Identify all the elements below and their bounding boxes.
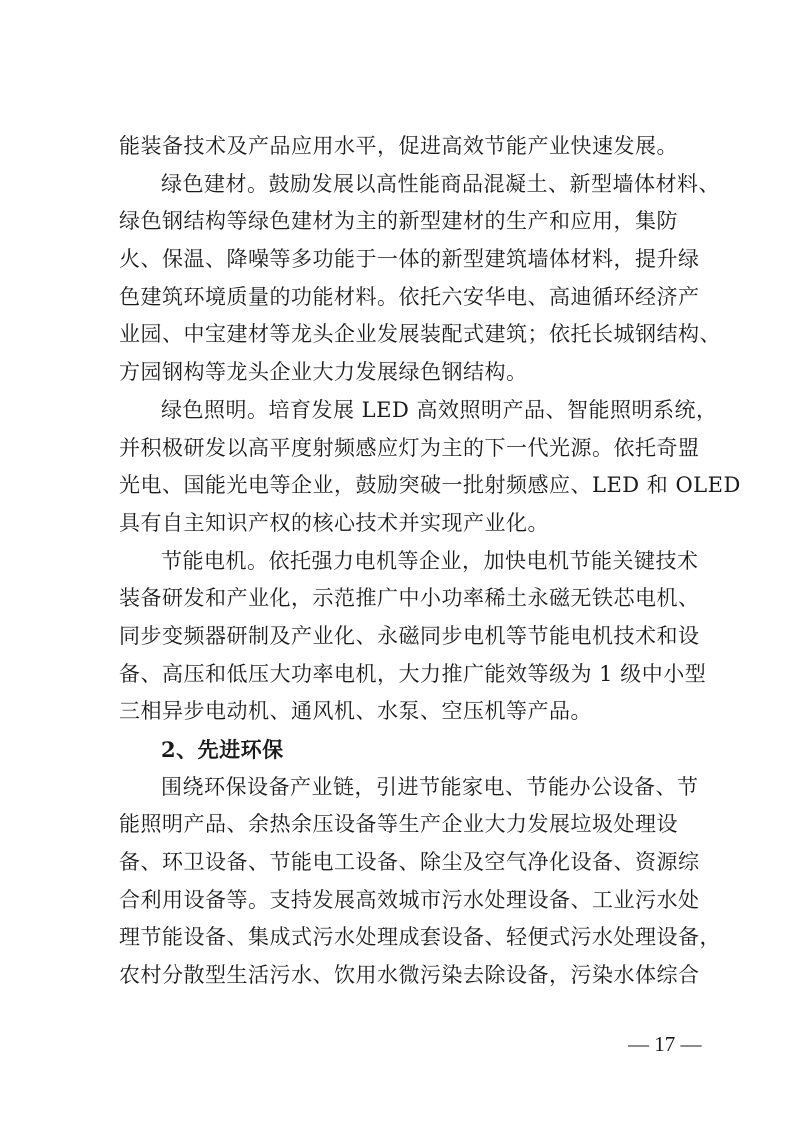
text-line: 装备研发和产业化，示范推广中小功率稀土永磁无铁芯电机、 <box>119 580 677 618</box>
paragraph-energy-saving-motors: 节能电机。依托强力电机等企业，加快电机节能关键技术 <box>119 543 677 581</box>
text-line: 能照明产品、余热余压设备等生产企业大力发展垃圾处理设 <box>119 806 677 844</box>
text-line: 合利用设备等。支持发展高效城市污水处理设备、工业污水处 <box>119 882 677 920</box>
paragraph-advanced-environmental: 围绕环保设备产业链，引进节能家电、节能办公设备、节 <box>119 769 677 807</box>
text-line: 具有自主知识产权的核心技术并实现产业化。 <box>119 505 677 543</box>
text-line: 绿色钢结构等绿色建材为主的新型建材的生产和应用，集防 <box>119 203 677 241</box>
text-line: 能装备技术及产品应用水平，促进高效节能产业快速发展。 <box>119 128 677 166</box>
text-line: 光电、国能光电等企业，鼓励突破一批射频感应、LED 和 OLED <box>119 467 677 505</box>
text-line: 农村分散型生活污水、饮用水微污染去除设备，污染水体综合 <box>119 957 677 995</box>
text-line: 备、高压和低压大功率电机，大力推广能效等级为 1 级中小型 <box>119 656 677 694</box>
text-line: 三相异步电动机、通风机、水泵、空压机等产品。 <box>119 693 677 731</box>
section-heading: 2、先进环保 <box>119 731 677 769</box>
text-line: 火、保温、降噪等多功能于一体的新型建筑墙体材料，提升绿 <box>119 241 677 279</box>
text-line: 同步变频器研制及产业化、永磁同步电机等节能电机技术和设 <box>119 618 677 656</box>
text-line: 色建筑环境质量的功能材料。依托六安华电、高迪循环经济产 <box>119 279 677 317</box>
text-line: 方园钢构等龙头企业大力发展绿色钢结构。 <box>119 354 677 392</box>
page-number: — 17 — <box>628 1032 702 1057</box>
document-page: 能装备技术及产品应用水平，促进高效节能产业快速发展。 绿色建材。鼓励发展以高性能… <box>0 0 793 1122</box>
body-text: 能装备技术及产品应用水平，促进高效节能产业快速发展。 绿色建材。鼓励发展以高性能… <box>119 128 677 995</box>
paragraph-green-building-materials: 绿色建材。鼓励发展以高性能商品混凝土、新型墙体材料、 <box>119 166 677 204</box>
paragraph-green-lighting: 绿色照明。培育发展 LED 高效照明产品、智能照明系统， <box>119 392 677 430</box>
text-line: 并积极研发以高平度射频感应灯为主的下一代光源。依托奇盟 <box>119 430 677 468</box>
text-line: 理节能设备、集成式污水处理成套设备、轻便式污水处理设备， <box>119 919 677 957</box>
text-line: 业园、中宝建材等龙头企业发展装配式建筑；依托长城钢结构、 <box>119 316 677 354</box>
text-line: 备、环卫设备、节能电工设备、除尘及空气净化设备、资源综 <box>119 844 677 882</box>
